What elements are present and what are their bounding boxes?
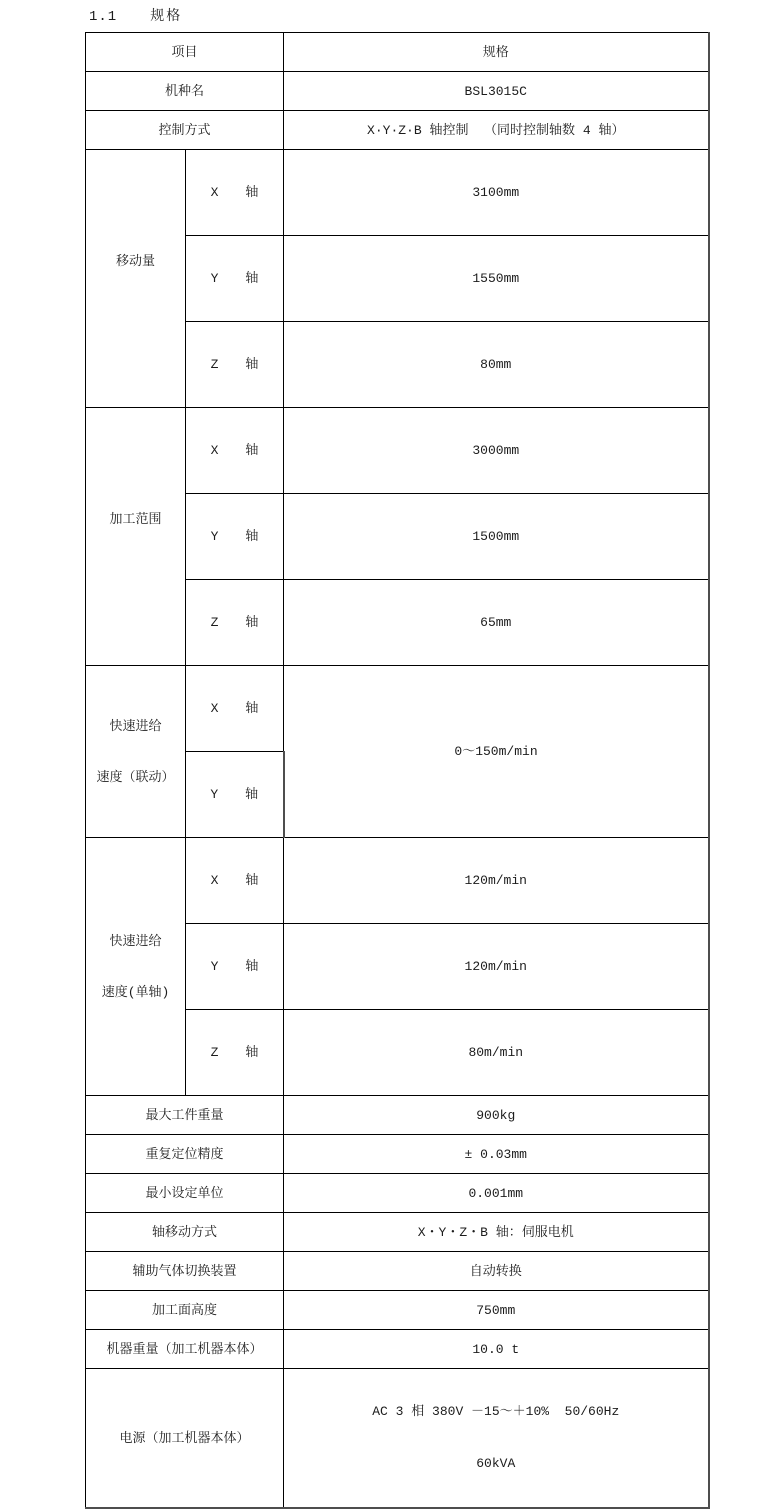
axis-letter: Z [211, 1044, 219, 1061]
table-row-max-weight: 最大工件重量 900kg [86, 1096, 709, 1135]
group-label-travel: 移动量 [86, 150, 186, 408]
axis-letter: X [211, 700, 219, 717]
table-row-travel-x: 移动量 X轴 3100mm [86, 150, 709, 236]
axis-cell: Z轴 [186, 580, 284, 666]
group-label-rapid-joint: 快速进给 速度（联动） [86, 666, 186, 838]
document-page: 1.1 规格 项目 规格 机种名 BSL3015C 控制方式 X·Y·Z·B 轴… [0, 0, 777, 921]
section-heading: 1.1 规格 [89, 8, 182, 26]
row-label: 机器重量（加工机器本体） [86, 1330, 284, 1369]
spec-table: 项目 规格 机种名 BSL3015C 控制方式 X·Y·Z·B 轴控制 （同时控… [85, 32, 710, 1509]
row-value: X・Y・Z・B 轴：伺服电机 [284, 1213, 709, 1252]
row-value: 120m/min [284, 838, 709, 924]
group-label-range: 加工范围 [86, 408, 186, 666]
table-row-control: 控制方式 X·Y·Z·B 轴控制 （同时控制轴数 4 轴） [86, 111, 709, 150]
axis-cell: Y轴 [186, 752, 284, 838]
row-label: 控制方式 [86, 111, 284, 150]
table-row-machine-weight: 机器重量（加工机器本体） 10.0 t [86, 1330, 709, 1369]
table-row-rapid-joint-x: 快速进给 速度（联动） X轴 0～150m/min [86, 666, 709, 752]
row-value: 1500mm [284, 494, 709, 580]
axis-word: 轴 [245, 700, 258, 717]
table-row-repeatability: 重复定位精度 ± 0.03mm [86, 1135, 709, 1174]
row-label: 轴移动方式 [86, 1213, 284, 1252]
row-value: 900kg [284, 1096, 709, 1135]
axis-cell: X轴 [186, 408, 284, 494]
group-label-line2: 速度(单轴) [90, 984, 181, 1001]
row-value: BSL3015C [284, 72, 709, 111]
axis-word: 轴 [245, 356, 258, 373]
group-label-rapid-single: 快速进给 速度(单轴) [86, 838, 186, 1096]
axis-cell: Z轴 [186, 1010, 284, 1096]
row-label: 重复定位精度 [86, 1135, 284, 1174]
table-row-model: 机种名 BSL3015C [86, 72, 709, 111]
axis-letter: Y [211, 528, 219, 545]
axis-word: 轴 [245, 958, 258, 975]
axis-cell: X轴 [186, 666, 284, 752]
axis-letter: X [211, 184, 219, 201]
row-label: 最大工件重量 [86, 1096, 284, 1135]
row-label: 加工面高度 [86, 1291, 284, 1330]
row-value: 1550mm [284, 236, 709, 322]
axis-word: 轴 [245, 872, 258, 889]
row-value: X·Y·Z·B 轴控制 （同时控制轴数 4 轴） [284, 111, 709, 150]
row-label: 电源（加工机器本体） [86, 1369, 284, 1509]
power-value-line2: 60kVA [288, 1455, 704, 1473]
header-row: 项目 规格 [86, 33, 709, 72]
row-label: 最小设定单位 [86, 1174, 284, 1213]
row-value: 80mm [284, 322, 709, 408]
section-title: 规格 [150, 8, 182, 26]
table-row-power-supply: 电源（加工机器本体） AC 3 相 380V －15～＋10% 50/60Hz … [86, 1369, 709, 1509]
axis-letter: Y [210, 786, 218, 803]
axis-letter: Z [211, 614, 219, 631]
row-value: 750mm [284, 1291, 709, 1330]
table-row-range-x: 加工范围 X轴 3000mm [86, 408, 709, 494]
group-label-line1: 快速进给 [90, 933, 181, 950]
row-value-merged: 0～150m/min [284, 666, 709, 838]
axis-cell: Z轴 [186, 322, 284, 408]
row-value: 10.0 t [284, 1330, 709, 1369]
power-value-line1: AC 3 相 380V －15～＋10% 50/60Hz [288, 1403, 704, 1421]
axis-letter: Z [211, 356, 219, 373]
group-label-line1: 移动量 [90, 253, 181, 270]
axis-word: 轴 [245, 528, 258, 545]
row-label: 辅助气体切换装置 [86, 1252, 284, 1291]
axis-word: 轴 [245, 442, 258, 459]
row-value: 80m/min [284, 1010, 709, 1096]
row-value: 0.001mm [284, 1174, 709, 1213]
axis-letter: Y [211, 270, 219, 287]
axis-cell: X轴 [186, 150, 284, 236]
axis-letter: Y [211, 958, 219, 975]
row-label: 机种名 [86, 72, 284, 111]
table-row-rapid-single-x: 快速进给 速度(单轴) X轴 120m/min [86, 838, 709, 924]
row-value: 65mm [284, 580, 709, 666]
axis-word: 轴 [245, 270, 258, 287]
axis-word: 轴 [245, 184, 258, 201]
axis-cell: Y轴 [186, 924, 284, 1010]
table-row-min-unit: 最小设定单位 0.001mm [86, 1174, 709, 1213]
table-row-assist-gas: 辅助气体切换装置 自动转换 [86, 1252, 709, 1291]
section-number: 1.1 [89, 8, 117, 26]
row-value: ± 0.03mm [284, 1135, 709, 1174]
axis-word: 轴 [245, 786, 258, 803]
axis-cell: Y轴 [186, 236, 284, 322]
axis-cell: Y轴 [186, 494, 284, 580]
row-value: 3100mm [284, 150, 709, 236]
group-label-line1: 快速进给 [90, 718, 181, 735]
row-value: 120m/min [284, 924, 709, 1010]
row-value: 自动转换 [284, 1252, 709, 1291]
axis-letter: X [211, 872, 219, 889]
row-value: 3000mm [284, 408, 709, 494]
table-row-axis-drive: 轴移动方式 X・Y・Z・B 轴：伺服电机 [86, 1213, 709, 1252]
row-value: AC 3 相 380V －15～＋10% 50/60Hz 60kVA [284, 1369, 709, 1509]
table-row-table-height: 加工面高度 750mm [86, 1291, 709, 1330]
group-label-line2: 速度（联动） [90, 769, 181, 786]
header-cell-spec: 规格 [284, 33, 709, 72]
group-label-line1: 加工范围 [90, 511, 181, 528]
axis-word: 轴 [245, 614, 258, 631]
axis-cell: X轴 [186, 838, 284, 924]
header-cell-item: 项目 [86, 33, 284, 72]
axis-word: 轴 [245, 1044, 258, 1061]
axis-letter: X [211, 442, 219, 459]
